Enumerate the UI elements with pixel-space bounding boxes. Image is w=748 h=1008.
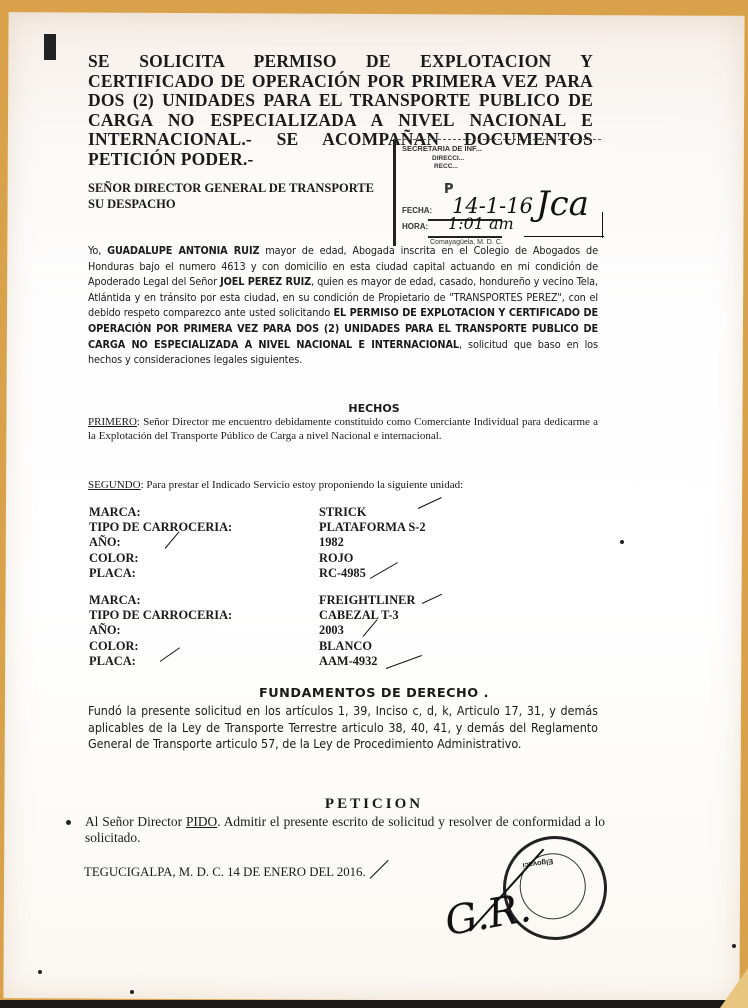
field-label: COLOR:	[89, 639, 319, 654]
stamp-signature-line	[524, 236, 604, 237]
vehicle-field: COLOR:ROJO	[89, 551, 519, 566]
reception-stamp: SECRETARIA DE INF... DIRECCI... RECC... …	[393, 139, 601, 246]
vehicle-field: AÑO:1982	[89, 535, 519, 550]
vehicle-field: COLOR:BLANCO	[89, 639, 519, 654]
vehicle-field: MARCA:STRICK	[89, 505, 519, 520]
field-label: AÑO:	[89, 623, 319, 638]
check-mark	[370, 860, 389, 879]
field-value: FREIGHTLINER	[319, 593, 415, 608]
peticion-paragraph: Al Señor Director PIDO. Admitir el prese…	[85, 814, 605, 846]
field-label: MARCA:	[89, 505, 319, 520]
field-value: 1982	[319, 535, 344, 550]
peticion-text: Al Señor Director	[85, 814, 186, 829]
field-label: TIPO DE CARROCERIA:	[89, 520, 319, 535]
stamp-signature-bar	[602, 212, 603, 238]
field-value: RC-4985	[319, 566, 366, 581]
vehicle-2: MARCA:FREIGHTLINER TIPO DE CARROCERIA:CA…	[89, 593, 519, 669]
document-page: SE SOLICITA PERMISO DE EXPLOTACION Y CER…	[0, 0, 748, 1008]
addressee-line2: SU DESPACHO	[88, 196, 374, 212]
field-value: PLATAFORMA S-2	[319, 520, 426, 535]
segundo-paragraph: SEGUNDO: Para prestar el Indicado Servic…	[88, 478, 598, 492]
vehicle-field: TIPO DE CARROCERIA:PLATAFORMA S-2	[89, 520, 519, 535]
field-label: MARCA:	[89, 593, 319, 608]
speck	[620, 540, 624, 544]
hechos-heading: HECHOS	[0, 402, 748, 415]
field-value: 2003	[319, 623, 344, 638]
attorney-signature: G.R.	[442, 885, 535, 945]
pido-text: PIDO	[186, 814, 217, 829]
segundo-text: : Para prestar el Indicado Servicio esto…	[141, 479, 464, 491]
peticion-heading: PETICION	[0, 796, 748, 813]
vehicle-field: MARCA:FREIGHTLINER	[89, 593, 519, 608]
stamp-signature: Jca	[536, 184, 589, 224]
segundo-label: SEGUNDO	[88, 479, 141, 491]
stamp-fecha-label: FECHA:	[402, 206, 432, 215]
speck	[38, 970, 42, 974]
stamp-title: SECRETARIA DE INF...	[402, 144, 482, 153]
field-value: AAM-4932	[319, 654, 378, 669]
vehicle-field: TIPO DE CARROCERIA:CABEZAL T-3	[89, 608, 519, 623]
vehicle-1: MARCA:STRICK TIPO DE CARROCERIA:PLATAFOR…	[89, 505, 519, 581]
stamp-hora-label: HORA:	[402, 222, 428, 231]
field-value: CABEZAL T-3	[319, 608, 399, 623]
place-date: TEGUCIGALPA, M. D. C. 14 DE ENERO DEL 20…	[84, 865, 366, 880]
client-name: JOEL PEREZ RUIZ	[220, 275, 311, 288]
speck	[130, 990, 134, 994]
stamp-line2: DIRECCI...	[432, 155, 464, 162]
vehicle-field: PLACA:RC-4985	[89, 566, 519, 581]
stamp-hora-value: 1:01 am	[448, 214, 514, 233]
vehicle-field: AÑO:2003	[89, 623, 519, 638]
addressee-line1: SEÑOR DIRECTOR GENERAL DE TRANSPORTE	[88, 180, 374, 196]
attorney-name: GUADALUPE ANTONIA RUIZ	[107, 244, 259, 257]
field-label: COLOR:	[89, 551, 319, 566]
field-label: TIPO DE CARROCERIA:	[89, 608, 319, 623]
fundamentos-paragraph: Fundó la presente solicitud en los artíc…	[88, 703, 598, 753]
field-label: AÑO:	[89, 535, 319, 550]
speck	[732, 944, 736, 948]
primero-label: PRIMERO	[88, 416, 137, 428]
field-value: STRICK	[319, 505, 367, 520]
primero-paragraph: PRIMERO: Señor Director me encuentro deb…	[88, 415, 598, 443]
primero-text: : Señor Director me encuentro debidament…	[88, 416, 598, 442]
field-value: ROJO	[319, 551, 353, 566]
addressee: SEÑOR DIRECTOR GENERAL DE TRANSPORTE SU …	[88, 180, 374, 212]
fundamentos-heading: FUNDAMENTOS DE DERECHO .	[0, 686, 748, 701]
field-label: PLACA:	[89, 566, 319, 581]
intro-text: Yo,	[88, 244, 107, 257]
intro-paragraph: Yo, GUADALUPE ANTONIA RUIZ mayor de edad…	[88, 243, 598, 368]
field-value: BLANCO	[319, 639, 372, 654]
field-label: PLACA:	[89, 654, 319, 669]
vehicle-field: PLACA:AAM-4932	[89, 654, 519, 669]
stamp-hora-line	[428, 236, 502, 238]
punch-mark	[44, 34, 56, 60]
stamp-line3: RECC...	[434, 163, 458, 170]
bullet	[66, 820, 71, 825]
